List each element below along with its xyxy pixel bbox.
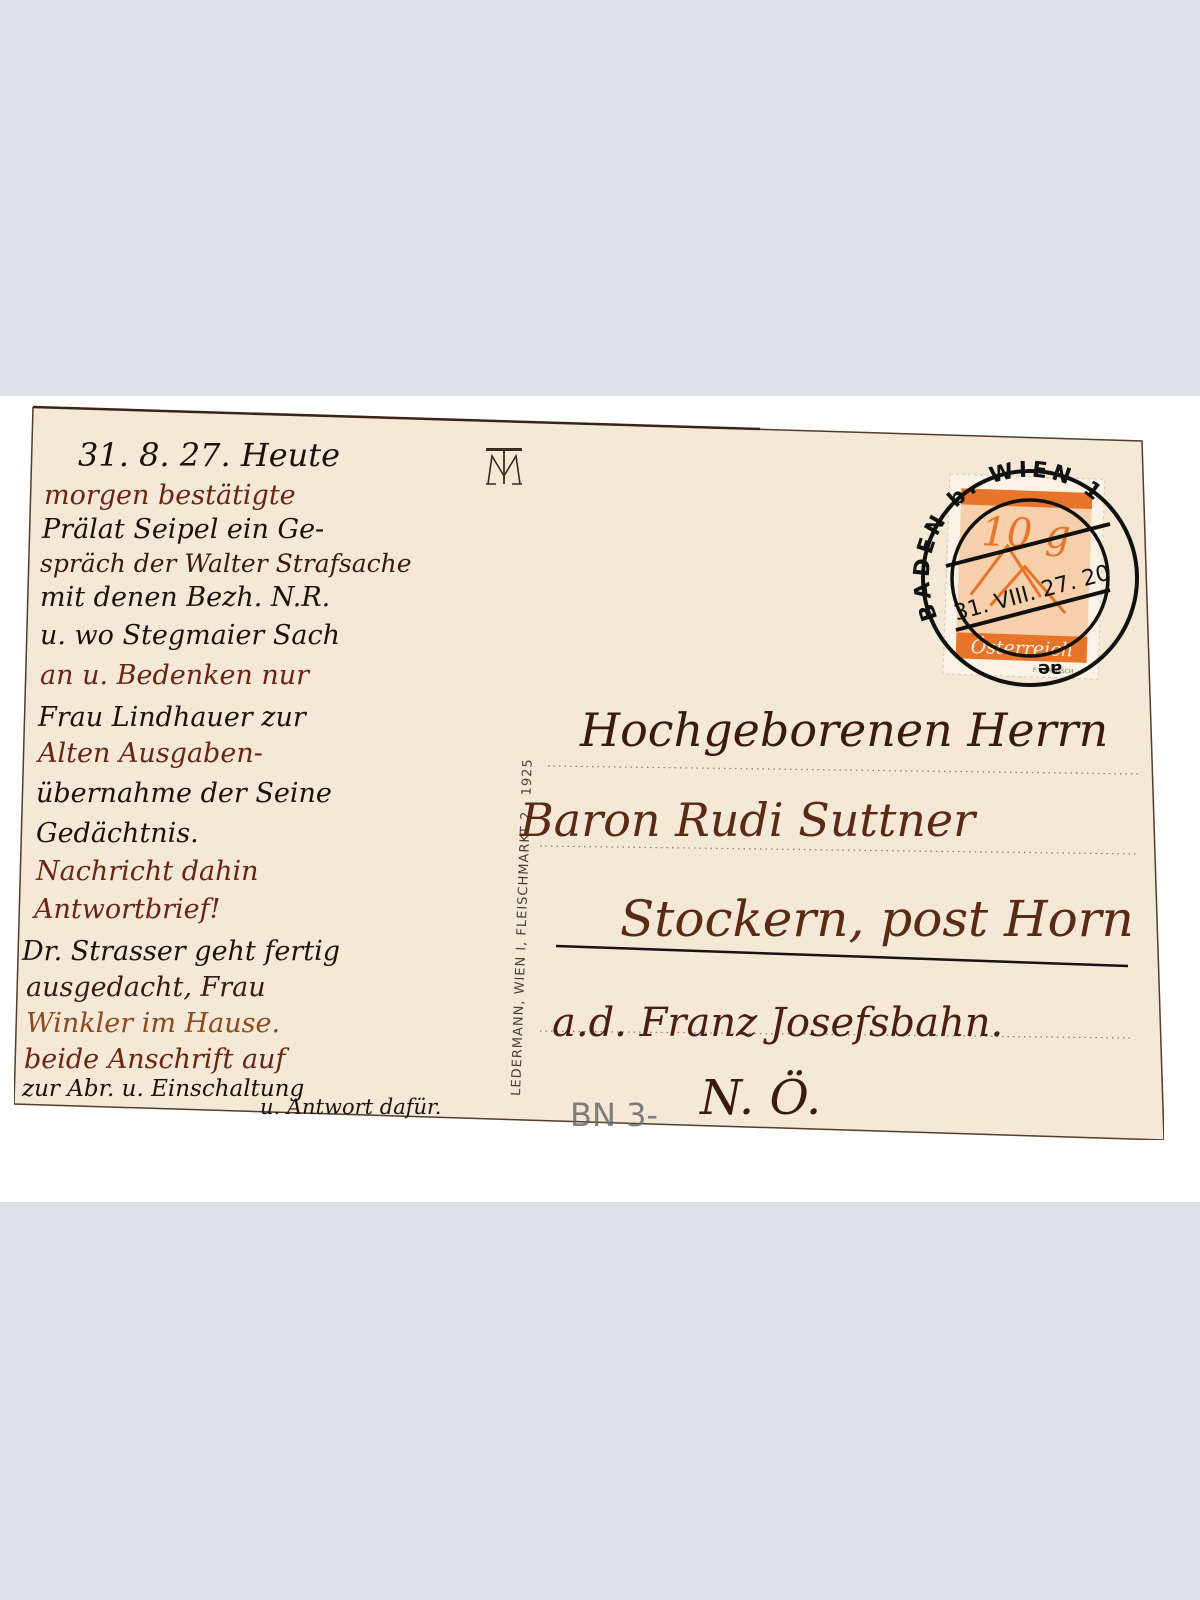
message-line: Dr. Strasser geht fertig (21, 936, 340, 967)
message-line: beide Anschrift auf (24, 1044, 289, 1075)
postmark-code: ae (1038, 659, 1062, 680)
message-line: Gedächtnis. (36, 818, 199, 849)
message-line: Winkler im Hause. (26, 1008, 280, 1039)
address-line: Baron Rudi Suttner (519, 793, 978, 847)
stamp-denomination: 10 g (981, 509, 1072, 558)
address-line: Stockern, post Horn (620, 890, 1134, 948)
message-line: u. Antwort dafür. (260, 1095, 441, 1119)
address-line: Hochgeborenen Herrn (579, 703, 1108, 757)
pencil-mark: BN 3- (570, 1096, 658, 1134)
message-line: spräch der Walter Strafsache (40, 549, 412, 578)
message-line: Frau Lindhauer zur (37, 702, 308, 733)
stamp-country: Österreich (970, 635, 1073, 662)
photo-panel: LEDERMANN, WIEN I, FLEISCHMARKT 2 · 1925… (0, 396, 1200, 1202)
address-line: a.d. Franz Josefsbahn. (552, 1000, 1003, 1046)
message-line: übernahme der Seine (36, 778, 332, 809)
message-line: mit denen Bezh. N.R. (40, 582, 330, 613)
message-line: ausgedacht, Frau (26, 972, 266, 1003)
message-line: 31. 8. 27. Heute (78, 436, 340, 474)
postcard: LEDERMANN, WIEN I, FLEISCHMARKT 2 · 1925… (0, 396, 1200, 1202)
message-line: Nachricht dahin (35, 856, 259, 887)
message-line: u. wo Stegmaier Sach (40, 620, 340, 651)
message-line: morgen bestätigte (44, 480, 296, 511)
message-line: Prälat Seipel ein Ge- (41, 514, 324, 545)
message-line: an u. Bedenken nur (40, 660, 311, 691)
address-line: N. Ö. (699, 1069, 821, 1126)
message-line: Alten Ausgaben- (35, 738, 263, 769)
message-line: Antwortbrief! (31, 894, 221, 925)
